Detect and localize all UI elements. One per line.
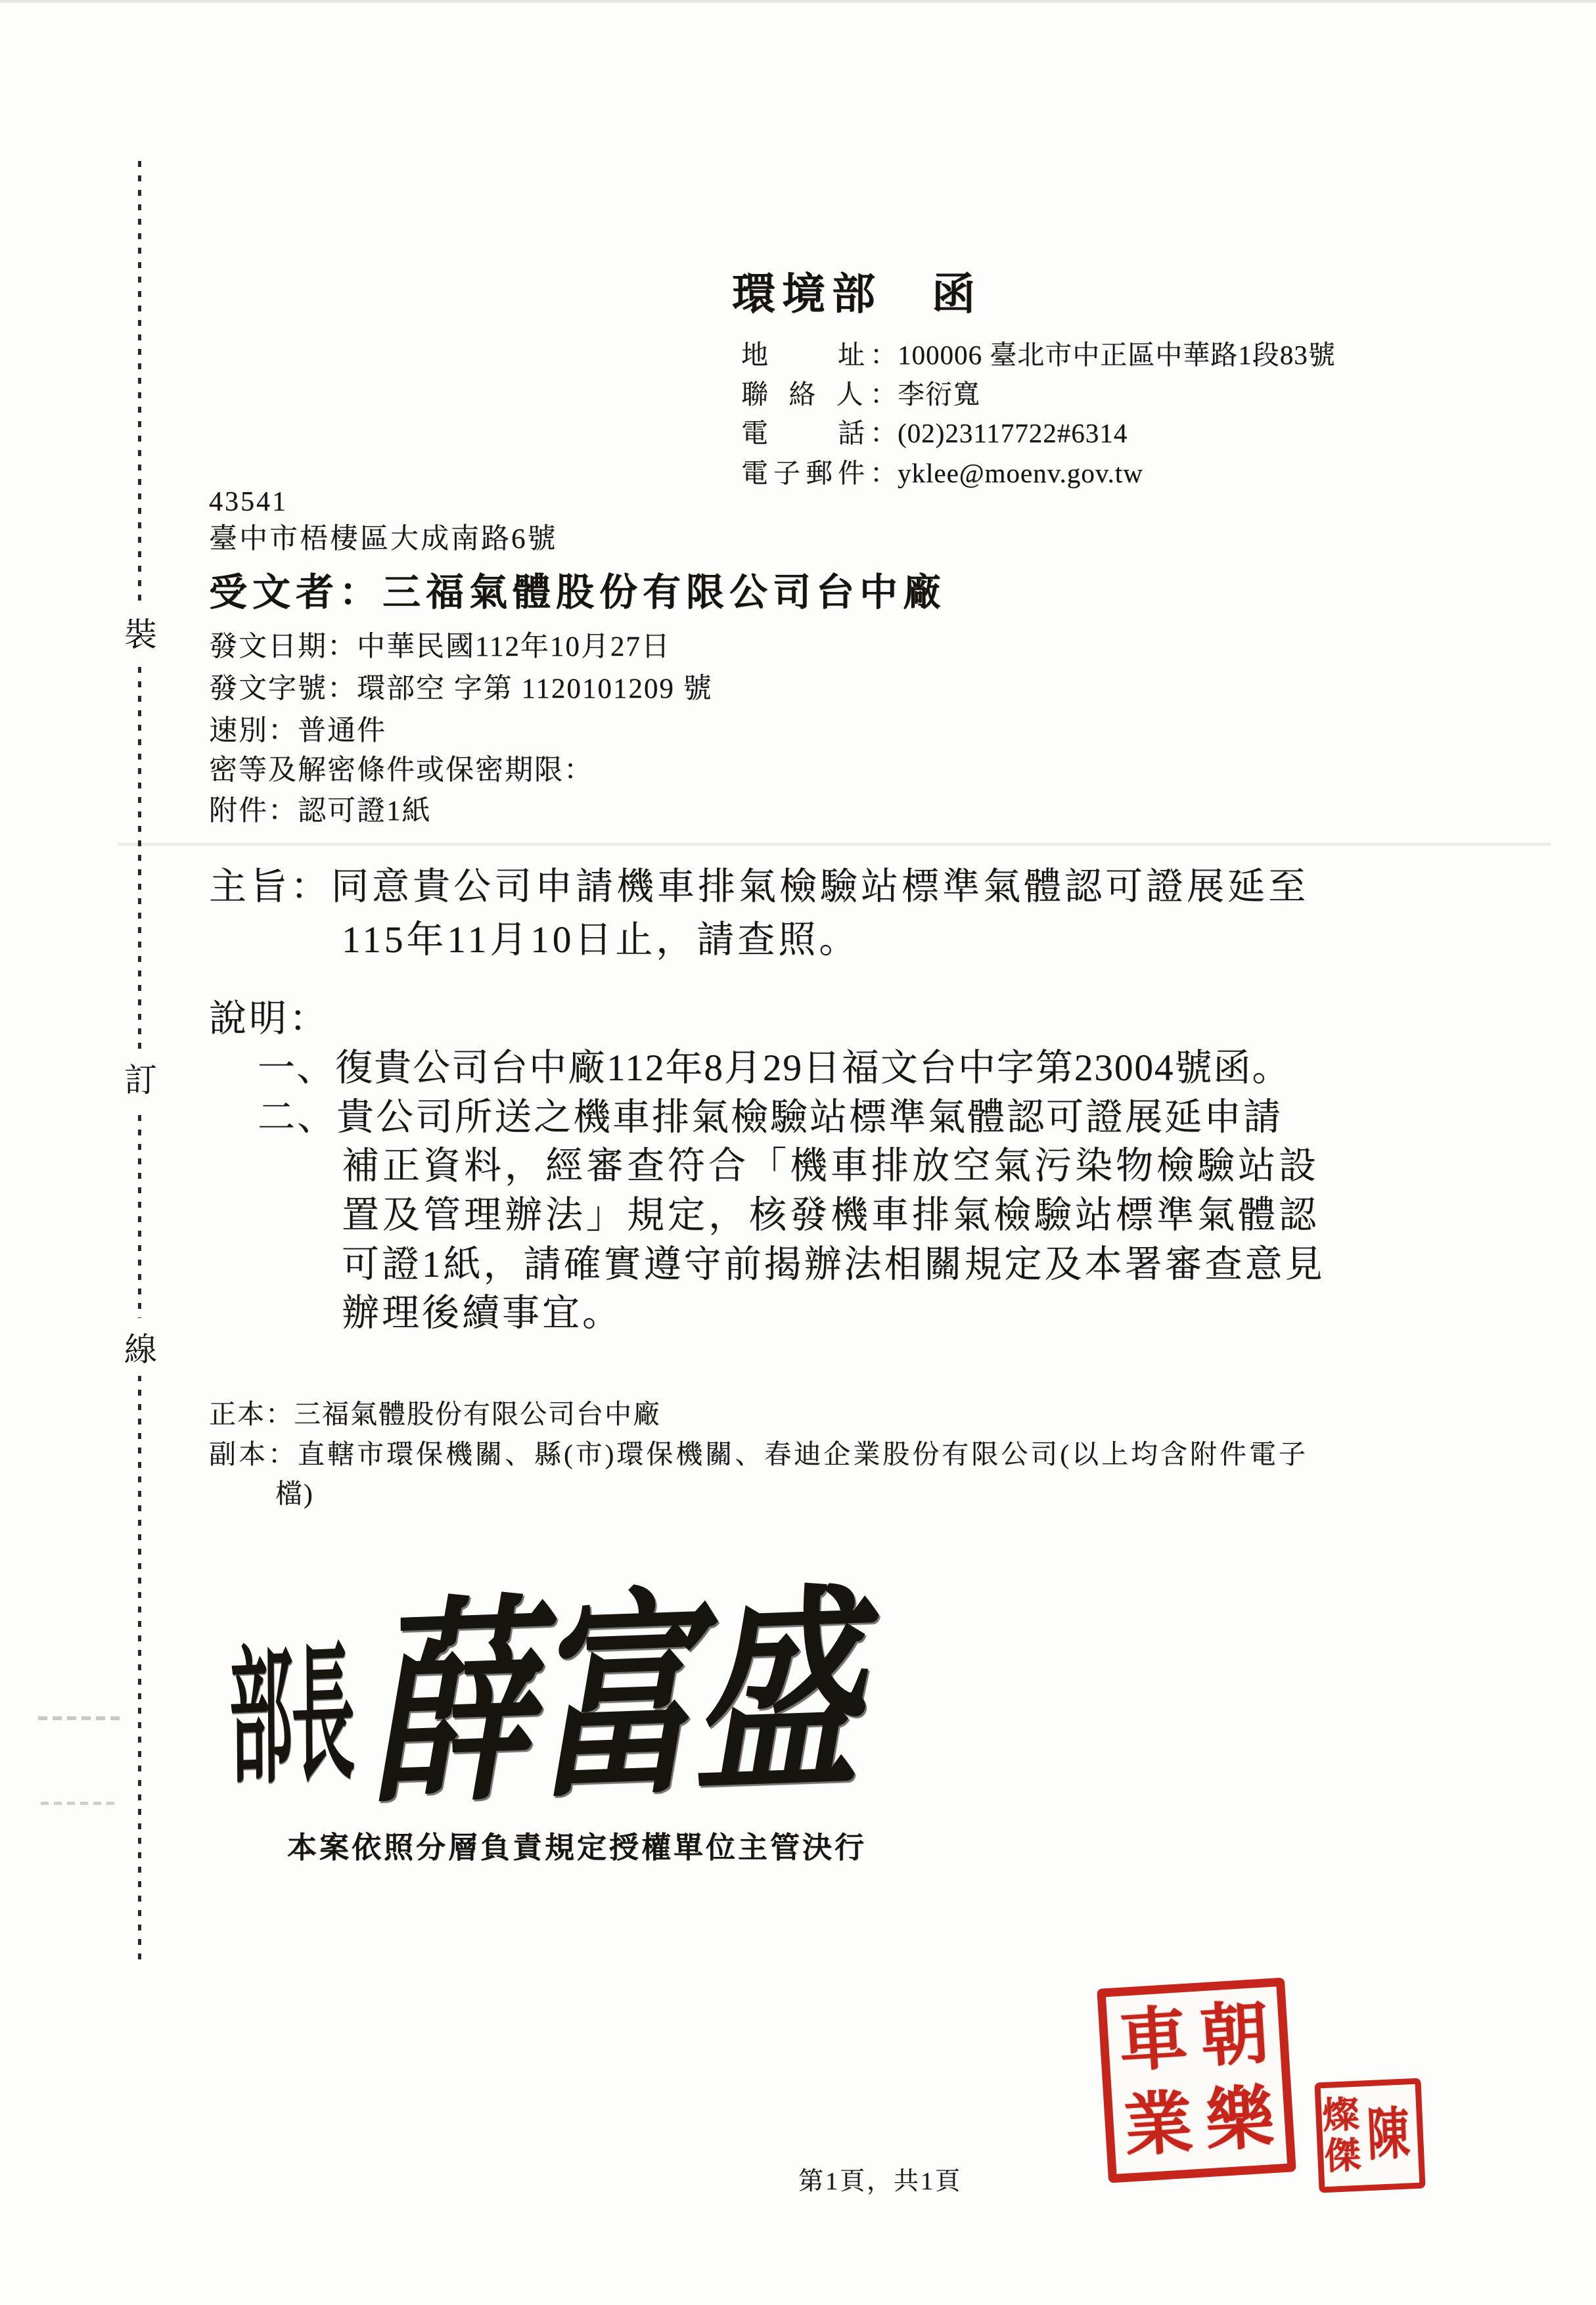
- binding-mark-zhuang: 裝: [122, 603, 159, 661]
- contact-phone-value: (02)23117722#6314: [898, 417, 1128, 449]
- meta-issue-number: 發文字號：環部空 字第 1120101209 號: [209, 673, 713, 706]
- explanation-item-2-line-4: 可證1紙，請確實遵守前揭辦法相關規定及本署審查意見: [342, 1243, 1325, 1287]
- scan-artifact-top-edge: [0, 0, 1596, 3]
- subject-line-2: 115年11月10日止，請查照。: [342, 918, 859, 962]
- agency-title: 環境部 函: [732, 269, 982, 321]
- contact-email-label: 電子郵件：: [741, 457, 898, 489]
- company-seal-char-1: 車: [1117, 2004, 1189, 2076]
- company-seal-stamp: 車 朝 業 樂: [1097, 1978, 1296, 2183]
- contact-address-label: 地 址：: [741, 339, 898, 371]
- recipient-line: 受文者：三福氣體股份有限公司台中廠: [209, 570, 946, 615]
- explanation-item-2-line-2: 補正資料，經審查符合「機車排放空氣污染物檢驗站設: [342, 1144, 1319, 1188]
- contact-person-row: 聯 絡 人：李衍寬: [741, 378, 980, 410]
- document-class-number: 43541: [209, 486, 288, 519]
- explanation-item-2-line-1: 二、貴公司所送之機車排氣檢驗站標準氣體認可證展延申請: [258, 1095, 1283, 1139]
- minister-title-signature: 部長: [229, 1628, 353, 1808]
- contact-person-label: 聯 絡 人：: [741, 378, 898, 410]
- contact-address-row: 地 址：100006 臺北市中正區中華路1段83號: [741, 339, 1336, 371]
- subject-line-1: 主旨：同意貴公司申請機車排氣檢驗站標準氣體認可證展延至: [209, 865, 1309, 909]
- contact-email-value: yklee@moenv.gov.tw: [898, 457, 1143, 489]
- explanation-heading: 說明：: [209, 997, 329, 1041]
- personal-seal-char-1: 陳: [1366, 2105, 1411, 2164]
- copy-cc-line-2: 檔): [275, 1478, 314, 1509]
- scan-artifact-dash-2: [41, 1802, 114, 1805]
- personal-seal-left-column: 燦 傑: [1321, 2095, 1361, 2178]
- binding-mark-xian: 線: [122, 1318, 159, 1376]
- personal-seal-right-column: 陳: [1359, 2105, 1418, 2164]
- copy-cc-line-1: 副本：直轄市環保機關、縣(市)環保機關、春迪企業股份有限公司(以上均含附件電子: [209, 1438, 1308, 1470]
- scanned-official-letter-page: 裝 訂 線 環境部 函 地 址：100006 臺北市中正區中華路1段83號 聯 …: [0, 0, 1596, 2305]
- explanation-item-2-line-3: 置及管理辦法」規定，核發機車排氣檢驗站標準氣體認: [342, 1193, 1319, 1237]
- personal-seal-char-3: 傑: [1323, 2136, 1362, 2178]
- company-seal-char-2: 朝: [1198, 1999, 1271, 2072]
- company-seal-char-3: 業: [1122, 2089, 1195, 2161]
- meta-priority: 速別：普通件: [209, 715, 386, 748]
- contact-phone-label: 電 話：: [741, 417, 898, 449]
- company-seal-char-4: 樂: [1204, 2084, 1276, 2157]
- scan-artifact-faint-band: [118, 843, 1551, 846]
- personal-name-seal-stamp: 燦 傑 陳: [1314, 2078, 1425, 2193]
- explanation-item-1: 一、復貴公司台中廠112年8月29日福文台中字第23004號函。: [258, 1046, 1290, 1090]
- meta-confidentiality: 密等及解密條件或保密期限：: [209, 754, 593, 788]
- meta-issue-date: 發文日期：中華民國112年10月27日: [209, 631, 671, 664]
- page-footer: 第1頁，共1頁: [798, 2167, 962, 2197]
- contact-address-value: 100006 臺北市中正區中華路1段83號: [898, 339, 1336, 371]
- contact-email-row: 電子郵件：yklee@moenv.gov.tw: [741, 457, 1143, 489]
- delegation-note: 本案依照分層負責規定授權單位主管決行: [287, 1831, 867, 1865]
- contact-phone-row: 電 話：(02)23117722#6314: [741, 417, 1128, 449]
- contact-person-value: 李衍寬: [898, 378, 980, 410]
- recipient-address: 臺中市梧棲區大成南路6號: [209, 523, 558, 557]
- minister-name-signature: 薛富盛: [365, 1565, 859, 1838]
- personal-seal-char-2: 燦: [1321, 2095, 1360, 2137]
- explanation-item-2-line-5: 辦理後續事宜。: [342, 1291, 622, 1335]
- meta-attachment: 附件：認可證1紙: [209, 795, 432, 829]
- binding-mark-ding: 訂: [122, 1049, 159, 1107]
- scan-artifact-dash-1: [38, 1716, 122, 1720]
- copy-original-line: 正本：三福氣體股份有限公司台中廠: [209, 1398, 661, 1430]
